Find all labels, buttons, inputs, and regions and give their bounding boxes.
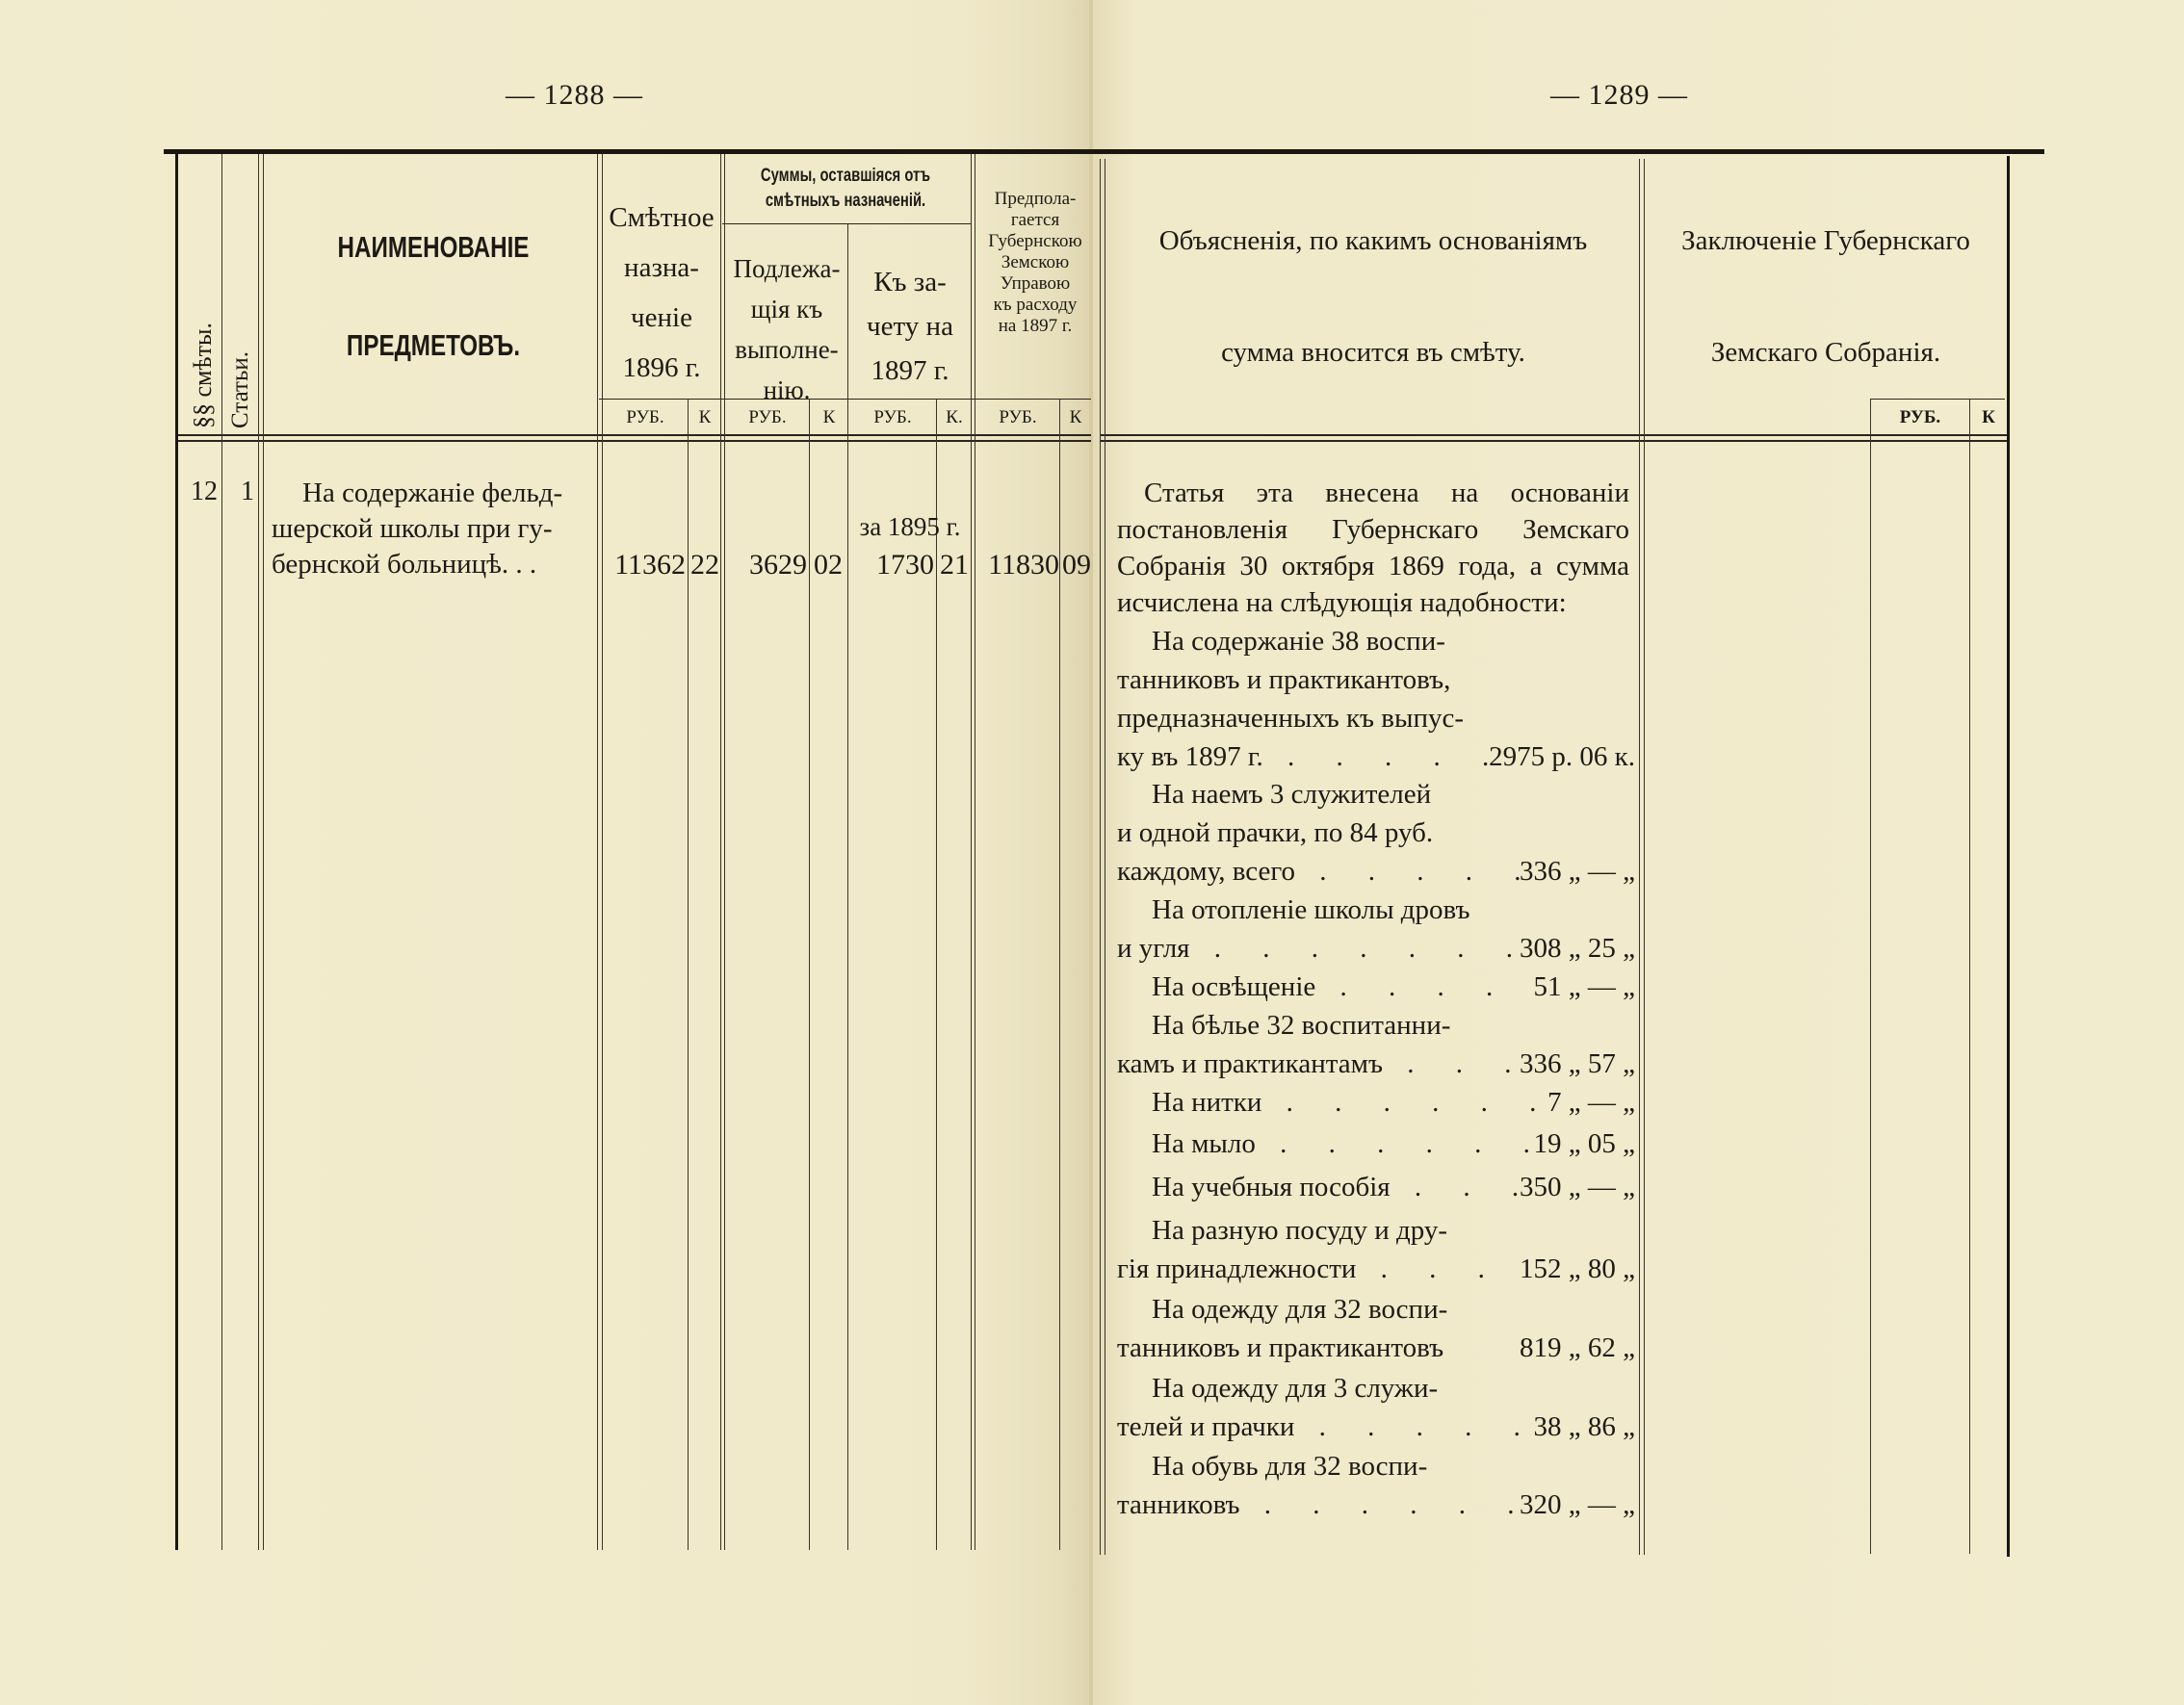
item-line: и одной прачки, по 84 руб. (1117, 814, 1635, 852)
header-proposed-line: къ расходу (975, 295, 1095, 316)
list-item: На освѣщеніе . . . . . . . . . . . . . .… (1117, 968, 1635, 1006)
right-page-number: — 1289 — (1550, 79, 1688, 112)
right-top-rule (1091, 149, 2044, 154)
item-desc: гія принадлежности (1117, 1250, 1356, 1288)
header-credit-line: Къ за- (849, 260, 971, 304)
item-line: На содержаніе 38 воспи- (1117, 622, 1635, 660)
item-amount: 336 „ 57 „ (1520, 1045, 1635, 1083)
item-line: танниковъ и практикантовъ, (1117, 660, 1635, 699)
item-amount: 2975 р. 06 к. (1489, 737, 1635, 776)
left-top-rule (164, 149, 1091, 154)
item-line: На бѣлье 32 воспитанни- (1117, 1006, 1635, 1045)
col-sep-execute-k (809, 399, 810, 1550)
header-to-execute: Подлежа- щія къ выполне- нію. (726, 248, 847, 410)
item-desc: ку въ 1897 г. (1117, 737, 1263, 776)
item-line: На обувь для 32 воспи- (1117, 1447, 1635, 1485)
header-remaining-group: Суммы, оставшіяся отъ смѣтныхъ назначені… (743, 164, 948, 214)
col-sep-credit-a (971, 154, 972, 1550)
header-paragraph-label: §§ смѣты. (189, 323, 218, 428)
item-amount: 51 „ — „ (1534, 968, 1636, 1006)
header-proposed-line: Управою (975, 273, 1095, 295)
right-outer-border (2007, 156, 2010, 1557)
item-desc: На мыло (1152, 1124, 1256, 1163)
header-proposed-1897: Предпола- гается Губернскою Земскою Упра… (975, 189, 1095, 337)
subheader-credit-rub: РУБ. (849, 407, 936, 428)
proposed-k: 09 (1061, 549, 1092, 581)
col-sep-credit-k (936, 399, 937, 1550)
item-amount: 19 „ 05 „ (1534, 1124, 1636, 1163)
header-credit-line: чету на (849, 304, 971, 349)
header-credit-line: 1897 г. (849, 349, 971, 393)
header-proposed-line: Предпола- (975, 189, 1095, 210)
col-sep-article-b (263, 154, 264, 1550)
col-sep-estimate-a (720, 154, 721, 1550)
subheader-proposed-k: К (1061, 407, 1090, 428)
right-header-bottom-line (1101, 434, 2008, 436)
col-sep-credit-b (975, 154, 975, 1550)
col-sep-execute (847, 223, 848, 1550)
dot-leader: . . . . . . . . . . . . . . (1383, 1045, 1520, 1083)
right-inner-border-b (1105, 159, 1105, 1555)
dot-leader: . . . . . . . . . . . . . . (1315, 968, 1533, 1006)
header-article-label: Статьи. (227, 351, 254, 428)
subheader-estimate-k: К (689, 407, 720, 428)
list-item: На одежду для 3 служи- телей и прачки . … (1117, 1369, 1635, 1446)
header-estimate-1896: Смѣтное назна- ченіе 1896 г. (603, 193, 720, 393)
execute-k: 02 (811, 549, 845, 581)
col-sep-article-a (258, 154, 259, 1550)
item-desc: камъ и практикантамъ (1117, 1045, 1383, 1083)
row-item-name: На содержаніе фельд- шерской школы при г… (272, 476, 595, 582)
item-desc: и угля (1117, 929, 1190, 968)
item-desc: танниковъ (1117, 1485, 1240, 1524)
header-execute-line: выполне- (726, 329, 847, 370)
list-item: На отопленіе школы дровъ и угля . . . . … (1117, 891, 1635, 968)
dot-leader: . . . . . . . . . . . . . . (1356, 1250, 1520, 1288)
list-item: На мыло . . . . . . . . . . . . . .19 „ … (1117, 1124, 1635, 1163)
item-line: предназначенныхъ къ выпус- (1117, 699, 1635, 737)
list-item: На содержаніе 38 воспи- танниковъ и прак… (1117, 622, 1635, 776)
header-estimate-line: Смѣтное (603, 193, 720, 243)
subheader-execute-k: К (811, 407, 847, 428)
item-line: На одежду для 32 воспи- (1117, 1290, 1635, 1329)
dot-leader (1443, 1329, 1520, 1367)
col-sep-conclusion-rub (1870, 399, 1871, 1554)
credit-year-note: за 1895 г. (847, 512, 973, 542)
execute-rub: 3629 (726, 549, 807, 581)
header-proposed-line: Земскою (975, 252, 1095, 273)
subheader-proposed-rub: РУБ. (976, 407, 1059, 428)
left-header-bottom-line-2 (175, 440, 1091, 442)
col-sep-conclusion-k (1969, 399, 1970, 1554)
item-desc: каждому, всего (1117, 852, 1295, 891)
header-proposed-line: Губернскою (975, 231, 1095, 252)
list-item: На нитки . . . . . . . . . . . . . .7 „ … (1117, 1083, 1635, 1122)
estimate-rub: 11362 (605, 549, 686, 581)
dot-leader: . . . . . . . . . . . . . . (1261, 1083, 1547, 1122)
dot-leader: . . . . . . . . . . . . . . (1263, 737, 1489, 776)
list-item: На обувь для 32 воспи- танниковъ . . . .… (1117, 1447, 1635, 1524)
col-sep-proposed-k (1059, 399, 1060, 1550)
list-item: На наемъ 3 служителей и одной прачки, по… (1117, 775, 1635, 891)
subheader-credit-k: К. (938, 407, 971, 428)
remaining-group-line (722, 223, 971, 224)
dot-leader: . . . . . . . . . . . . . . (1294, 1408, 1533, 1446)
col-sep-name-a (597, 154, 598, 1550)
row-paragraph-number: 12 (191, 477, 218, 507)
header-conclusion-line1: Заключеніе Губернскаго (1647, 223, 2005, 258)
item-amount: 336 „ — „ (1520, 852, 1635, 891)
header-explanation-line2: сумма вносится въ смѣту. (1107, 335, 1639, 370)
item-amount: 320 „ — „ (1520, 1485, 1635, 1524)
col-sep-estimate-b (724, 154, 725, 1550)
item-desc: танниковъ и практикантовъ (1117, 1329, 1443, 1367)
subheader-conclusion-k: К (1971, 407, 2006, 428)
item-desc: На учебныя пособія (1152, 1168, 1391, 1206)
right-subheader-line (1870, 399, 2005, 400)
header-name-line2: ПРЕДМЕТОВЪ. (305, 327, 560, 365)
header-conclusion-line2: Земскаго Собранія. (1647, 335, 2005, 370)
header-estimate-line: 1896 г. (603, 343, 720, 393)
right-inner-border-a (1100, 159, 1101, 1555)
subheader-estimate-rub: РУБ. (603, 407, 688, 428)
item-amount: 308 „ 25 „ (1520, 929, 1635, 968)
col-sep-explanation-a (1639, 159, 1640, 1555)
row-article-number: 1 (241, 477, 254, 507)
header-proposed-line: гается (975, 210, 1095, 231)
left-page-number: — 1288 — (506, 79, 643, 112)
header-to-credit: Къ за- чету на 1897 г. (849, 260, 971, 393)
item-desc: телей и прачки (1117, 1408, 1294, 1446)
item-amount: 350 „ — „ (1520, 1168, 1635, 1206)
header-explanation-line1: Объясненія, по какимъ основаніямъ (1107, 223, 1639, 258)
dot-leader: . . . . . . . . . . . . . . (1256, 1124, 1534, 1163)
header-estimate-line: ченіе (603, 293, 720, 343)
estimate-k: 22 (689, 549, 720, 581)
left-header-bottom-line (175, 434, 1091, 436)
credit-rub: 1730 (849, 549, 934, 581)
dot-leader: . . . . . . . . . . . . . . (1190, 929, 1520, 968)
col-sep-paragraph (221, 154, 222, 1550)
list-item: На одежду для 32 воспи- танниковъ и прак… (1117, 1290, 1635, 1367)
item-line: На наемъ 3 служителей (1117, 775, 1635, 814)
list-item: На учебныя пособія . . . . . . . . . . .… (1117, 1168, 1635, 1206)
item-line: На отопленіе школы дровъ (1117, 891, 1635, 929)
item-desc: На нитки (1152, 1083, 1261, 1122)
item-line: На разную посуду и дру- (1117, 1211, 1635, 1250)
explanation-intro: Статья эта внесена на основаніи постанов… (1117, 475, 1629, 621)
item-amount: 152 „ 80 „ (1520, 1250, 1635, 1288)
dot-leader: . . . . . . . . . . . . . . (1240, 1485, 1520, 1524)
dot-leader: . . . . . . . . . . . . . . (1295, 852, 1520, 891)
col-sep-explanation-b (1644, 159, 1645, 1555)
header-execute-line: щія къ (726, 289, 847, 329)
item-amount: 819 „ 62 „ (1520, 1329, 1635, 1367)
row-item-name-line: шерской школы при гу- (272, 511, 595, 547)
header-name-line1: НАИМЕНОВАНІЕ (305, 229, 560, 267)
header-estimate-line: назна- (603, 243, 720, 293)
header-execute-line: Подлежа- (726, 248, 847, 289)
list-item: На разную посуду и дру- гія принадлежнос… (1117, 1211, 1635, 1288)
left-outer-border (175, 154, 178, 1550)
item-desc: На освѣщеніе (1152, 968, 1315, 1006)
header-execute-line: нію. (726, 370, 847, 410)
list-item: На бѣлье 32 воспитанни- камъ и практикан… (1117, 1006, 1635, 1083)
subheader-execute-rub: РУБ. (726, 407, 809, 428)
row-item-name-line: На содержаніе фельд- (272, 476, 595, 511)
header-proposed-line: на 1897 г. (975, 316, 1095, 337)
right-header-bottom-line-2 (1101, 440, 2008, 442)
item-amount: 38 „ 86 „ (1534, 1408, 1636, 1446)
row-item-name-line: бернской больницѣ. . . (272, 547, 595, 582)
subheader-conclusion-rub: РУБ. (1872, 407, 1968, 428)
credit-k: 21 (938, 549, 971, 581)
item-amount: 7 „ — „ (1547, 1083, 1635, 1122)
proposed-rub: 11830 (975, 549, 1059, 581)
item-line: На одежду для 3 служи- (1117, 1369, 1635, 1408)
dot-leader: . . . . . . . . . . . . . . (1391, 1168, 1520, 1206)
col-sep-estimate-k (688, 399, 689, 1550)
